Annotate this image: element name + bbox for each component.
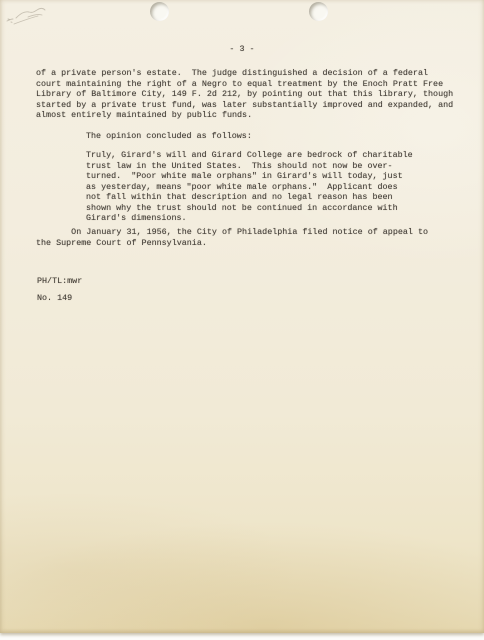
scan-background: - 3 - of a private person's estate. The … [0, 0, 484, 640]
document-number: No. 149 [37, 293, 72, 304]
typist-reference: PH/TL:mwr [37, 276, 82, 287]
paragraph-federal-court: of a private person's estate. The judge … [36, 68, 453, 121]
pencil-scribble [4, 4, 64, 34]
opinion-intro-line: The opinion concluded as follows: [86, 131, 252, 142]
closing-paragraph: On January 31, 1956, the City of Philade… [36, 227, 428, 248]
opinion-quote-block: Truly, Girard's will and Girard College … [86, 150, 413, 224]
hole-punch-left [150, 2, 169, 21]
document-page: - 3 - of a private person's estate. The … [0, 0, 484, 633]
hole-punch-right [309, 2, 328, 21]
page-number: - 3 - [0, 44, 484, 55]
